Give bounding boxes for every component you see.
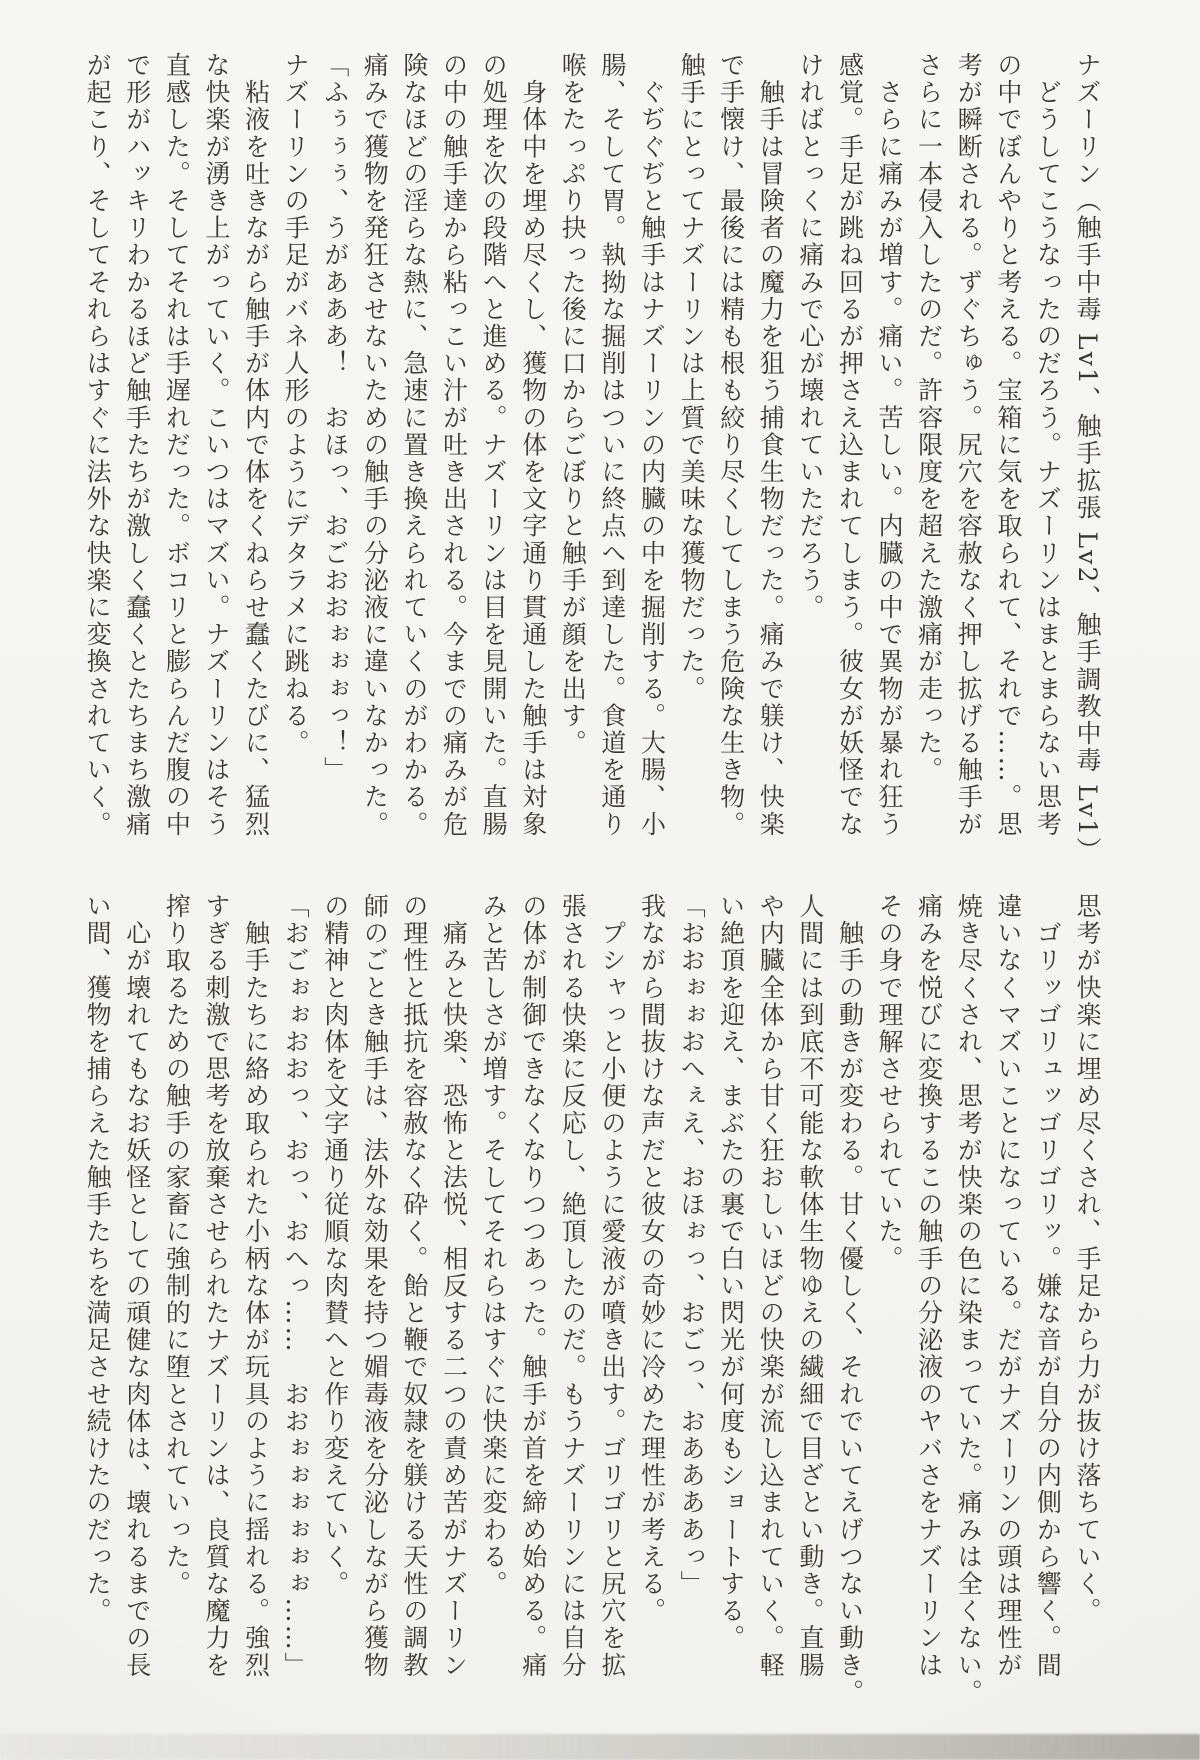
text-column: や内臓全体から甘く狂おしいほどの快楽が流し込まれていく。軽 — [751, 893, 791, 1685]
text-column: 違いなくマズいことになっている。だがナズーリンの頭は理性が — [988, 893, 1028, 1685]
text-column: 心が壊れてもなお妖怪としての頑健な肉体は、壊れるまでの長 — [117, 893, 157, 1685]
text-column: 考が瞬断される。ずぐちゅう。尻穴を容赦なく押し拡げる触手が — [949, 52, 989, 858]
text-column: 痛みを悦びに変換するこの触手の分泌液のヤバさをナズーリンは — [909, 893, 949, 1685]
text-column: どうしてこうなったのだろう。ナズーリンはまとまらない思考 — [1028, 52, 1068, 858]
text-column: 「ふぅぅぅ、うがあああ！ おほっ、おごおおぉぉぉっ！」 — [315, 52, 355, 858]
text-column: 師のごとき触手は、法外な効果を持つ媚毒液を分泌しながら獲物 — [355, 893, 395, 1685]
page-bottom-scan-shadow — [0, 1734, 1200, 1760]
text-column: 痛みで獲物を発狂させないための触手の分泌液に違いなかった。 — [355, 52, 395, 858]
text-column: 触手にとってナズーリンは上質で美味な獲物だった。 — [671, 52, 711, 858]
text-column: の中でぼんやりと考える。宝箱に気を取られて、それで……。思 — [988, 52, 1028, 858]
text-column: 腸、そして胃。執拗な掘削はついに終点へ到達した。食道を通り — [592, 52, 632, 858]
text-column: プシャっと小便のように愛液が噴き出す。ゴリゴリと尻穴を拡 — [592, 893, 632, 1685]
text-column: の体が制御できなくなりつつあった。触手が首を締め始める。痛 — [513, 893, 553, 1685]
text-column: みと苦しさが増す。そしてそれらはすぐに快楽に変わる。 — [474, 893, 514, 1685]
text-column: 触手の動きが変わる。甘く優しく、それでいてえげつない動き。 — [830, 893, 870, 1685]
scanned-page: ナズーリン（触手中毒 Lv1、触手拡張 Lv2、触手調教中毒 Lv1） どうして… — [0, 0, 1200, 1760]
text-column: 直感した。そしてそれは手遅れだった。ボコリと膨らんだ腹の中 — [157, 52, 197, 858]
text-column: 我ながら間抜けな声だと彼女の奇妙に冷めた理性が考える。 — [632, 893, 672, 1685]
text-column: い絶頂を迎え、まぶたの裏で白い閃光が何度もショートする。 — [711, 893, 751, 1685]
text-column: ゴリッゴリュッゴリゴリッ。嫌な音が自分の内側から響く。間 — [1028, 893, 1068, 1685]
top-text-block: ナズーリン（触手中毒 Lv1、触手拡張 Lv2、触手調教中毒 Lv1） どうして… — [78, 52, 1107, 858]
text-column: の処理を次の段階へと進める。ナズーリンは目を見開いた。直腸 — [474, 52, 514, 858]
text-column: その身で理解させられていた。 — [869, 893, 909, 1685]
text-column: で手懐け、最後には精も根も絞り尽くしてしまう危険な生き物。 — [711, 52, 751, 858]
text-column: の中の触手達から粘っこい汁が吐き出される。今までの痛みが危 — [434, 52, 474, 858]
text-column: の精神と肉体を文字通り従順な肉賛へと作り変えていく。 — [315, 893, 355, 1685]
text-column: 触手は冒険者の魔力を狙う捕食生物だった。痛みで躾け、快楽 — [751, 52, 791, 858]
text-column: 焼き尽くされ、思考が快楽の色に染まっていた。痛みは全くない。 — [949, 893, 989, 1685]
text-column: ナズーリンの手足がバネ人形のようにデタラメに跳ねる。 — [276, 52, 316, 858]
text-column: な快楽が湧き上がっていく。こいつはマズい。ナズーリンはそう — [196, 52, 236, 858]
text-column: 張される快楽に反応し、絶頂したのだ。もうナズーリンには自分 — [553, 893, 593, 1685]
text-column: ければとっくに痛みで心が壊れていただろう。 — [790, 52, 830, 858]
text-column: が起こり、そしてそれらはすぐに法外な快楽に変換されていく。 — [78, 52, 118, 858]
text-column: の理性と抵抗を容赦なく砕く。飴と鞭で奴隷を躾ける天性の調教 — [394, 893, 434, 1685]
text-column: 触手たちに絡め取られた小柄な体が玩具のように揺れる。強烈 — [236, 893, 276, 1685]
text-column: で形がハッキリわかるほど触手たちが激しく蠢くとたちまち激痛 — [117, 52, 157, 858]
text-column: 身体中を埋め尽くし、獲物の体を文字通り貫通した触手は対象 — [513, 52, 553, 858]
text-column: 感覚。手足が跳ね回るが押さえ込まれてしまう。彼女が妖怪でな — [830, 52, 870, 858]
text-column: い間、獲物を捕らえた触手たちを満足させ続けたのだった。 — [78, 893, 118, 1685]
text-column: 人間には到底不可能な軟体生物ゆえの繊細で目ざとい動き。直腸 — [790, 893, 830, 1685]
text-column: 険なほどの淫らな熱に、急速に置き換えられていくのがわかる。 — [394, 52, 434, 858]
text-column: ぐぢぐぢと触手はナズーリンの内臓の中を掘削する。大腸、小 — [632, 52, 672, 858]
text-column: さらに痛みが増す。痛い。苦しい。内臓の中で異物が暴れ狂う — [869, 52, 909, 858]
bottom-text-block: 思考が快楽に埋め尽くされ、手足から力が抜け落ちていく。 ゴリッゴリュッゴリゴリッ… — [78, 893, 1107, 1685]
text-column: さらに一本侵入したのだ。許容限度を超えた激痛が走った。 — [909, 52, 949, 858]
text-column: 「おごぉぉおおっ、おっ、おへっ…… おおぉぉぉぉぉぉ……」 — [276, 893, 316, 1685]
text-column: すぎる刺激で思考を放棄させられたナズーリンは、良質な魔力を — [196, 893, 236, 1685]
text-column: 搾り取るための触手の家畜に強制的に堕とされていった。 — [157, 893, 197, 1685]
text-column: 喉をたっぷり抉った後に口からごぼりと触手が顔を出す。 — [553, 52, 593, 858]
text-column: 「おおぉぉおへぇえ、おほぉっ、おごっ、おああああっ」 — [671, 893, 711, 1685]
text-column: 粘液を吐きながら触手が体内で体をくねらせ蠢くたびに、猛烈 — [236, 52, 276, 858]
text-column: 痛みと快楽、恐怖と法悦、相反する二つの責め苦がナズーリン — [434, 893, 474, 1685]
title-column: ナズーリン（触手中毒 Lv1、触手拡張 Lv2、触手調教中毒 Lv1） — [1067, 52, 1107, 858]
text-column: 思考が快楽に埋め尽くされ、手足から力が抜け落ちていく。 — [1067, 893, 1107, 1685]
